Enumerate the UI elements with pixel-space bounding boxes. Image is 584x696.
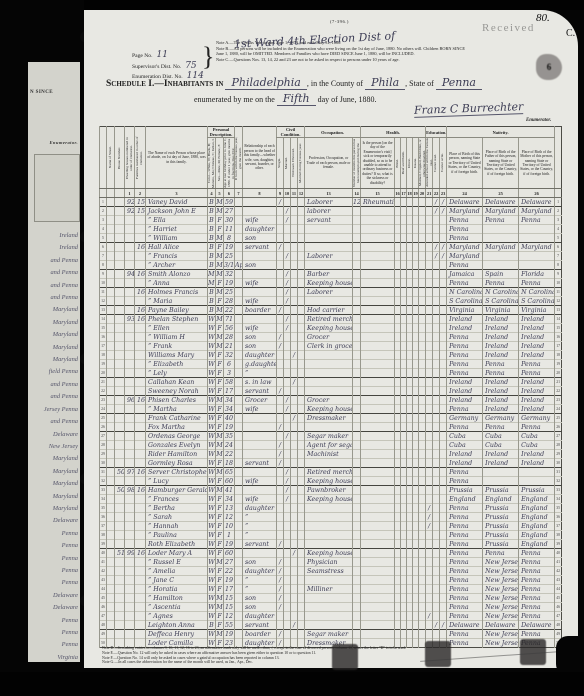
cell-mb: N Carolina bbox=[519, 288, 555, 297]
strip-word: Ireland bbox=[28, 242, 78, 254]
cell-dw bbox=[125, 540, 135, 549]
cell-n: 16 bbox=[555, 333, 562, 342]
cell-house bbox=[115, 297, 125, 306]
cell-cw bbox=[440, 531, 447, 540]
cell-n: 31 bbox=[555, 468, 562, 477]
cell-sex: F bbox=[216, 360, 224, 369]
cell-born bbox=[235, 207, 243, 216]
cell-street bbox=[107, 567, 115, 576]
cell-fb: Ireland bbox=[483, 315, 519, 324]
cell-sch bbox=[426, 495, 433, 504]
cell-pb: Penna bbox=[447, 405, 483, 414]
cell-sch bbox=[426, 261, 433, 270]
cell-pb: Penna bbox=[447, 585, 483, 594]
cell-fam: 165 bbox=[135, 396, 146, 405]
cell-sex: F bbox=[216, 324, 224, 333]
cell-occ bbox=[305, 225, 353, 234]
col-number: 11 bbox=[291, 189, 298, 198]
cell-cr bbox=[433, 450, 440, 459]
cell-dw bbox=[125, 423, 135, 432]
cell-house bbox=[115, 459, 125, 468]
cell-sick bbox=[361, 369, 395, 378]
cell-dw: 99 bbox=[125, 549, 135, 558]
cell-s: / bbox=[277, 558, 284, 567]
cell-age: 13 bbox=[224, 504, 235, 513]
cell-unemp bbox=[353, 459, 361, 468]
cell-rel: wife bbox=[243, 324, 277, 333]
strip-word: Maryland bbox=[28, 466, 78, 478]
cell-unemp bbox=[353, 531, 361, 540]
cell-occ bbox=[305, 351, 353, 360]
cell-unemp bbox=[353, 504, 361, 513]
cell-age: 35 bbox=[224, 432, 235, 441]
cell-fb: Penna bbox=[483, 360, 519, 369]
cell-rel: wife bbox=[243, 477, 277, 486]
cell-my bbox=[298, 621, 305, 630]
cell-sch bbox=[426, 594, 433, 603]
cell-mb: Florida bbox=[519, 270, 555, 279]
cell-s: / bbox=[277, 441, 284, 450]
cell-unemp bbox=[353, 612, 361, 621]
cell-mx bbox=[419, 432, 426, 441]
cell-n: 20 bbox=[555, 369, 562, 378]
cell-color: W bbox=[208, 324, 216, 333]
strip-word: Virginia bbox=[28, 652, 78, 662]
cell-fam bbox=[135, 261, 146, 270]
cell-unemp bbox=[353, 234, 361, 243]
cell-dw: 94 bbox=[125, 270, 135, 279]
cell-dw bbox=[125, 342, 135, 351]
cell-sick bbox=[361, 414, 395, 423]
cell-m: / bbox=[284, 297, 291, 306]
cell-fb bbox=[483, 252, 519, 261]
cell-s bbox=[277, 207, 284, 216]
cell-m bbox=[284, 450, 291, 459]
census-table-header: Name of Street. House Number. Dwelling h… bbox=[100, 127, 562, 198]
cell-cw bbox=[440, 234, 447, 243]
cell-n: 4 bbox=[100, 225, 107, 234]
col-dwelling: Dwelling houses numbered in order of vis… bbox=[125, 127, 135, 189]
cell-my bbox=[298, 414, 305, 423]
cell-m: / bbox=[284, 315, 291, 324]
cell-occ bbox=[305, 423, 353, 432]
cell-w bbox=[291, 342, 298, 351]
cell-sick bbox=[361, 540, 395, 549]
cell-mx bbox=[419, 297, 426, 306]
cell-my bbox=[298, 270, 305, 279]
cell-house bbox=[115, 513, 125, 522]
cell-rel: g.daughter bbox=[243, 360, 277, 369]
cell-name: Ordenas George bbox=[146, 432, 208, 441]
cell-cr bbox=[433, 495, 440, 504]
cell-unemp bbox=[353, 369, 361, 378]
cell-cr bbox=[433, 351, 440, 360]
cell-dw bbox=[125, 513, 135, 522]
table-row: 16” William HWM28son/GrocerPennaIrelandI… bbox=[100, 333, 562, 342]
cell-cw bbox=[440, 549, 447, 558]
corner-letter: C. bbox=[566, 28, 575, 39]
cell-cr: / bbox=[433, 198, 440, 207]
cell-unemp bbox=[353, 495, 361, 504]
cell-sch bbox=[426, 270, 433, 279]
cell-mb bbox=[519, 468, 555, 477]
cell-mb: Maryland bbox=[519, 243, 555, 252]
cell-street bbox=[107, 504, 115, 513]
cell-born bbox=[235, 288, 243, 297]
cell-mx bbox=[419, 558, 426, 567]
cell-sick bbox=[361, 594, 395, 603]
cell-mx bbox=[419, 261, 426, 270]
cell-sick bbox=[361, 432, 395, 441]
cell-cr bbox=[433, 333, 440, 342]
cell-occ bbox=[305, 540, 353, 549]
cell-mx bbox=[419, 243, 426, 252]
cell-m: / bbox=[284, 270, 291, 279]
cell-mx bbox=[419, 504, 426, 513]
cell-house bbox=[115, 495, 125, 504]
cell-pb: Penna bbox=[447, 576, 483, 585]
cell-fb: Ireland bbox=[483, 378, 519, 387]
cell-dw bbox=[125, 279, 135, 288]
cell-rel bbox=[243, 288, 277, 297]
cell-pb: Penna bbox=[447, 567, 483, 576]
cell-name: Phisen Charles bbox=[146, 396, 208, 405]
cell-born bbox=[235, 378, 243, 387]
cell-sick bbox=[361, 360, 395, 369]
cell-mx bbox=[419, 279, 426, 288]
cell-n: 9 bbox=[100, 270, 107, 279]
cell-n: 28 bbox=[555, 441, 562, 450]
strip-word: Maryland bbox=[28, 354, 78, 366]
table-row: 192158Vaney DavidBM59/Laborer12Rheumatis… bbox=[100, 198, 562, 207]
cell-mx bbox=[419, 567, 426, 576]
cell-cr bbox=[433, 468, 440, 477]
table-row: 5” WilliamBM8sonPenna5 bbox=[100, 234, 562, 243]
cell-pb: Penna bbox=[447, 261, 483, 270]
cell-n: 22 bbox=[555, 387, 562, 396]
cell-m bbox=[284, 567, 291, 576]
strip-printed-text: N SINCE bbox=[30, 90, 53, 95]
cell-cw bbox=[440, 594, 447, 603]
cell-n: 13 bbox=[555, 306, 562, 315]
cell-unemp bbox=[353, 216, 361, 225]
col-number: 5 bbox=[216, 189, 224, 198]
cell-fam bbox=[135, 504, 146, 513]
cell-name: ” Elizabeth bbox=[146, 360, 208, 369]
table-row: 47” AgnesWF12daughter/PennaNew JerseyPen… bbox=[100, 612, 562, 621]
cell-born bbox=[235, 333, 243, 342]
col-number: 22 bbox=[433, 189, 440, 198]
cell-sex: F bbox=[216, 414, 224, 423]
cell-s: / bbox=[277, 333, 284, 342]
cell-age: 58 bbox=[224, 378, 235, 387]
cell-house bbox=[115, 531, 125, 540]
cell-sick bbox=[361, 531, 395, 540]
cell-s bbox=[277, 414, 284, 423]
census-table-body: 192158Vaney DavidBM59/Laborer12Rheumatis… bbox=[100, 198, 562, 648]
table-row: 3” EllaBF30wife/servantPennaPennaPenna3 bbox=[100, 216, 562, 225]
cell-age: 22 bbox=[224, 306, 235, 315]
cell-n: 23 bbox=[555, 396, 562, 405]
cell-sch bbox=[426, 324, 433, 333]
cell-fam bbox=[135, 279, 146, 288]
cell-cw bbox=[440, 540, 447, 549]
cell-fb: Ireland bbox=[483, 342, 519, 351]
cell-mx bbox=[419, 621, 426, 630]
cell-house bbox=[115, 396, 125, 405]
cell-fam bbox=[135, 540, 146, 549]
cell-dw bbox=[125, 216, 135, 225]
cell-sick bbox=[361, 612, 395, 621]
cell-cr bbox=[433, 522, 440, 531]
cell-house bbox=[115, 567, 125, 576]
col-widowed: Widowed. Divorced. bbox=[291, 138, 298, 189]
table-row: 19” ElizabethWF6g.daughterPennaPennaPenn… bbox=[100, 360, 562, 369]
cell-dw bbox=[125, 378, 135, 387]
cell-sex: F bbox=[216, 387, 224, 396]
cell-sex: M bbox=[216, 207, 224, 216]
cell-w bbox=[291, 603, 298, 612]
strip-word: and Penna bbox=[28, 255, 78, 267]
cell-fam bbox=[135, 216, 146, 225]
cell-unemp bbox=[353, 387, 361, 396]
cell-n: 27 bbox=[100, 432, 107, 441]
cell-n: 44 bbox=[100, 585, 107, 594]
cell-unemp bbox=[353, 621, 361, 630]
cell-dw bbox=[125, 405, 135, 414]
cell-sch bbox=[426, 198, 433, 207]
cell-mx bbox=[419, 423, 426, 432]
cell-house bbox=[115, 522, 125, 531]
cell-born bbox=[235, 342, 243, 351]
cell-sex: F bbox=[216, 351, 224, 360]
cell-m bbox=[284, 612, 291, 621]
table-row: 48Leighton AnnaBF55servant///DelawareDel… bbox=[100, 621, 562, 630]
cell-n: 3 bbox=[100, 216, 107, 225]
cell-mx bbox=[419, 459, 426, 468]
cell-age: 8 bbox=[224, 234, 235, 243]
cell-color: W bbox=[208, 315, 216, 324]
col-school: Attended school within the Census year. bbox=[426, 138, 433, 189]
strip-word: Penna bbox=[28, 565, 78, 577]
cell-n: 44 bbox=[555, 585, 562, 594]
strip-word: Delaware bbox=[28, 515, 78, 527]
cell-fam bbox=[135, 513, 146, 522]
cell-sick bbox=[361, 621, 395, 630]
cell-my bbox=[298, 288, 305, 297]
cell-s bbox=[277, 351, 284, 360]
cell-name: Sweeney Norah bbox=[146, 387, 208, 396]
cell-mx bbox=[419, 306, 426, 315]
cell-m bbox=[284, 459, 291, 468]
cell-rel bbox=[243, 468, 277, 477]
cell-n: 20 bbox=[100, 369, 107, 378]
cell-n: 12 bbox=[555, 297, 562, 306]
cell-dw bbox=[125, 234, 135, 243]
cell-color: W bbox=[208, 567, 216, 576]
cell-n: 21 bbox=[100, 378, 107, 387]
cell-sex: F bbox=[216, 225, 224, 234]
cell-sch bbox=[426, 459, 433, 468]
cell-dw bbox=[125, 459, 135, 468]
cell-street bbox=[107, 387, 115, 396]
table-row: 39Roth ElizabethWF19servant/PennaPrussia… bbox=[100, 540, 562, 549]
col-number: 21 bbox=[426, 189, 433, 198]
cell-s: / bbox=[277, 342, 284, 351]
cell-sex: M bbox=[216, 306, 224, 315]
cell-cw bbox=[440, 405, 447, 414]
cell-cw bbox=[440, 324, 447, 333]
cell-dw bbox=[125, 225, 135, 234]
cell-pb: Ireland bbox=[447, 378, 483, 387]
cell-w: / bbox=[291, 378, 298, 387]
cell-age: 28 bbox=[224, 297, 235, 306]
cell-street bbox=[107, 405, 115, 414]
cell-my bbox=[298, 585, 305, 594]
cell-occ bbox=[305, 387, 353, 396]
cell-born bbox=[235, 198, 243, 207]
cell-fb: New Jersey bbox=[483, 612, 519, 621]
cell-age: 11 bbox=[224, 225, 235, 234]
cell-cr bbox=[433, 315, 440, 324]
cell-pb: Ireland bbox=[447, 450, 483, 459]
cell-cr bbox=[433, 558, 440, 567]
cell-sex: F bbox=[216, 216, 224, 225]
cell-street bbox=[107, 324, 115, 333]
cell-sch bbox=[426, 225, 433, 234]
cell-w bbox=[291, 270, 298, 279]
cell-born: Apr bbox=[235, 261, 243, 270]
cell-house bbox=[115, 441, 125, 450]
cell-mb: Penna bbox=[519, 279, 555, 288]
cell-name: Frank Catharine bbox=[146, 414, 208, 423]
cell-house bbox=[115, 270, 125, 279]
cell-street bbox=[107, 360, 115, 369]
cell-unemp bbox=[353, 522, 361, 531]
cell-my bbox=[298, 513, 305, 522]
cell-sick bbox=[361, 333, 395, 342]
cell-age: 56 bbox=[224, 324, 235, 333]
cell-n: 45 bbox=[555, 594, 562, 603]
cell-house bbox=[115, 351, 125, 360]
cell-sick: Rheumatism bbox=[361, 198, 395, 207]
cell-rel: wife bbox=[243, 279, 277, 288]
cell-m: / bbox=[284, 252, 291, 261]
cell-age: 17 bbox=[224, 387, 235, 396]
cell-cr bbox=[433, 396, 440, 405]
cell-born bbox=[235, 558, 243, 567]
cell-dw bbox=[125, 504, 135, 513]
cell-n: 42 bbox=[555, 567, 562, 576]
cell-w bbox=[291, 306, 298, 315]
cell-sick bbox=[361, 603, 395, 612]
table-row: 4051799168Loder Mary AWF60/Keeping house… bbox=[100, 549, 562, 558]
cell-n: 19 bbox=[555, 360, 562, 369]
strip-word: and Penna bbox=[28, 379, 78, 391]
cell-my bbox=[298, 225, 305, 234]
cell-fam: 168 bbox=[135, 549, 146, 558]
cell-sex: M bbox=[216, 342, 224, 351]
cell-n: 46 bbox=[100, 603, 107, 612]
cell-cw bbox=[440, 423, 447, 432]
cell-sex: M bbox=[216, 198, 224, 207]
cell-house bbox=[115, 558, 125, 567]
cell-born bbox=[235, 450, 243, 459]
cell-fb bbox=[483, 261, 519, 270]
cell-mb: Penna bbox=[519, 612, 555, 621]
cell-n: 28 bbox=[100, 441, 107, 450]
cell-pb: Penna bbox=[447, 225, 483, 234]
table-row: 335098167Hamburger GeraldWM41/Pawnbroker… bbox=[100, 486, 562, 495]
cell-m: / bbox=[284, 486, 291, 495]
cell-n: 47 bbox=[555, 612, 562, 621]
cell-color: W bbox=[208, 531, 216, 540]
cell-age: 65 bbox=[224, 468, 235, 477]
cell-fam bbox=[135, 369, 146, 378]
row-number-margin bbox=[555, 127, 562, 189]
cell-color: W bbox=[208, 522, 216, 531]
cell-born bbox=[235, 477, 243, 486]
cell-fam bbox=[135, 441, 146, 450]
cell-dw bbox=[125, 531, 135, 540]
cell-n: 36 bbox=[555, 513, 562, 522]
cell-cr bbox=[433, 477, 440, 486]
cell-dw bbox=[125, 558, 135, 567]
cell-fb: Ireland bbox=[483, 450, 519, 459]
cell-sch bbox=[426, 558, 433, 567]
cell-dw bbox=[125, 369, 135, 378]
cell-house bbox=[115, 603, 125, 612]
cell-occ: Keeping house bbox=[305, 324, 353, 333]
cell-age: 32 bbox=[224, 351, 235, 360]
cell-dw bbox=[125, 594, 135, 603]
cell-house bbox=[115, 594, 125, 603]
cell-house: 517 bbox=[115, 549, 125, 558]
cell-sick bbox=[361, 504, 395, 513]
cell-n: 14 bbox=[100, 315, 107, 324]
cell-mb: Penna bbox=[519, 423, 555, 432]
cell-age: 24 bbox=[224, 441, 235, 450]
cell-born bbox=[235, 405, 243, 414]
cell-sex: M bbox=[216, 432, 224, 441]
cell-house: 50 bbox=[115, 486, 125, 495]
cell-cw bbox=[440, 225, 447, 234]
cell-sch bbox=[426, 315, 433, 324]
cell-cr bbox=[433, 261, 440, 270]
cell-unemp bbox=[353, 252, 361, 261]
cell-house bbox=[115, 414, 125, 423]
cell-house bbox=[115, 405, 125, 414]
cell-rel: daughter bbox=[243, 504, 277, 513]
cell-street bbox=[107, 459, 115, 468]
table-row: 22Sweeney NorahWF17servant/IrelandIrelan… bbox=[100, 387, 562, 396]
cell-sick bbox=[361, 342, 395, 351]
cell-color: B bbox=[208, 306, 216, 315]
cell-n: 33 bbox=[100, 486, 107, 495]
cell-cw bbox=[440, 513, 447, 522]
table-row: 15” EllenWF56wife/Keeping houseIrelandIr… bbox=[100, 324, 562, 333]
cell-cw bbox=[440, 450, 447, 459]
cell-rel: servant bbox=[243, 243, 277, 252]
state-label: , State of bbox=[405, 79, 434, 88]
cell-m bbox=[284, 531, 291, 540]
cell-mb: Delaware bbox=[519, 621, 555, 630]
cell-name: ” Russel E bbox=[146, 558, 208, 567]
cell-cw bbox=[440, 477, 447, 486]
cell-sex: M bbox=[216, 288, 224, 297]
cell-street bbox=[107, 225, 115, 234]
cell-fb: Delaware bbox=[483, 198, 519, 207]
